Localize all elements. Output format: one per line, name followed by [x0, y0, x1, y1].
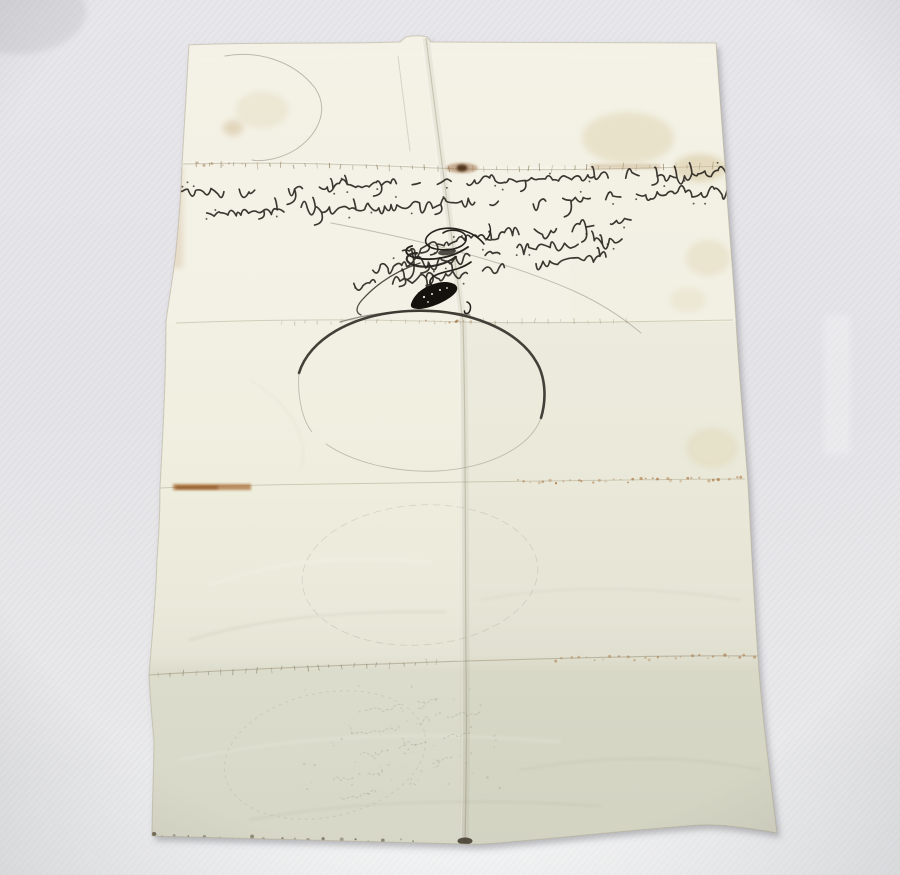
document-photograph — [0, 0, 900, 875]
photo-stage: Folded antique manuscript letter with Ot… — [0, 0, 900, 875]
photo-vignette — [0, 0, 900, 875]
